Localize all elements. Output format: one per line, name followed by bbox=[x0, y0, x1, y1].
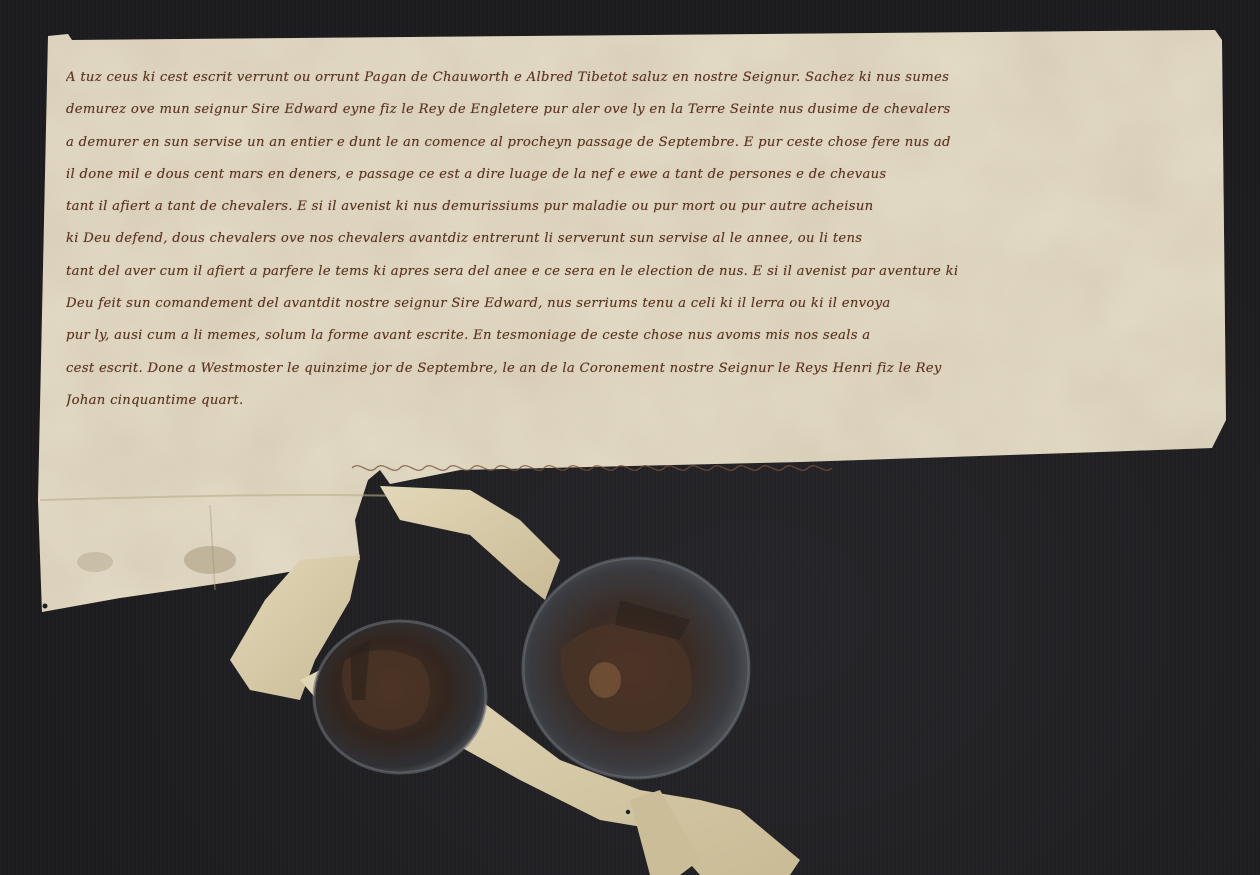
wax-seal-right bbox=[523, 558, 749, 778]
charter-line: a demurer en sun servise un an entier e … bbox=[66, 127, 1236, 159]
charter-text-block: A tuz ceus ki cest escrit verrunt ou orr… bbox=[66, 62, 1236, 417]
charter-line: il done mil e dous cent mars en deners, … bbox=[66, 159, 1236, 191]
charter-line: demurez ove mun seignur Sire Edward eyne… bbox=[66, 94, 1236, 126]
charter-line: tant il afiert a tant de chevalers. E si… bbox=[66, 191, 1236, 223]
charter-line: A tuz ceus ki cest escrit verrunt ou orr… bbox=[66, 62, 1236, 94]
wax-seal-left bbox=[314, 621, 486, 773]
charter-line: ki Deu defend, dous chevalers ove nos ch… bbox=[66, 223, 1236, 255]
charter-line: Johan cinquantime quart. bbox=[66, 385, 1236, 417]
charter-line: cest escrit. Done a Westmoster le quinzi… bbox=[66, 353, 1236, 385]
charter-line: Deu feit sun comandement del avantdit no… bbox=[66, 288, 1236, 320]
charter-line: pur ly, ausi cum a li memes, solum la fo… bbox=[66, 320, 1236, 352]
charter-line: tant del aver cum il afiert a parfere le… bbox=[66, 256, 1236, 288]
